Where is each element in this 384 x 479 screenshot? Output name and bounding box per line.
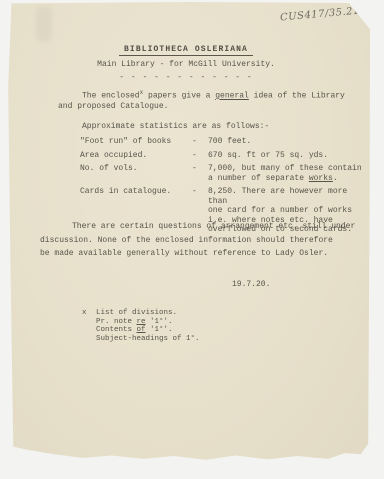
footnote-line-2-underlined: re xyxy=(137,318,146,326)
footnote-line-2-end: '1°'. xyxy=(146,318,173,326)
stat-value: 7,000, but many of these contain a numbe… xyxy=(208,164,366,183)
stat-row-volumes: No. of vols. - 7,000, but many of these … xyxy=(80,164,366,183)
intro-text-2: papers give a xyxy=(143,92,215,101)
footnote-lines: List of divisions. Pr. note re '1°'. Con… xyxy=(96,309,200,343)
footnote-line-3-text: Contents xyxy=(96,326,137,334)
stats-heading: Approximate statistics are as follows:- xyxy=(82,122,269,131)
intro-text-1: The enclosed xyxy=(82,92,140,101)
stat-label: "Foot run" of books xyxy=(80,137,192,147)
footnote-line-2: Pr. note re '1°'. xyxy=(96,318,200,327)
footnote-marker: x xyxy=(82,309,96,343)
stat-label: Area occupied. xyxy=(80,151,192,161)
footnote: x List of divisions. Pr. note re '1°'. C… xyxy=(82,309,200,343)
stat-value: 700 feet. xyxy=(208,137,366,147)
stat-value-period: . xyxy=(333,174,338,183)
stat-label: No. of vols. xyxy=(80,164,192,174)
stat-label: Cards in catalogue. xyxy=(80,187,192,197)
footnote-line-3-underlined: of xyxy=(137,326,146,334)
document-subtitle: Main Library - for McGill University. xyxy=(46,60,326,69)
stat-dash: - xyxy=(192,164,208,174)
footnote-line-1: List of divisions. xyxy=(96,309,200,318)
stat-dash: - xyxy=(192,137,208,147)
intro-underlined-word: general xyxy=(215,92,249,101)
stat-row-area: Area occupied. - 670 sq. ft or 75 sq. yd… xyxy=(80,151,366,161)
footnote-line-3-end: '1°'. xyxy=(146,326,173,334)
confidentiality-note: There are certain questions of arrangeme… xyxy=(40,220,364,261)
stat-row-foot-run: "Foot run" of books - 700 feet. xyxy=(80,137,366,147)
intro-paragraph: The enclosedx papers give a general idea… xyxy=(58,88,360,112)
separator-dashes: - - - - - - - - - - - - xyxy=(46,73,326,82)
footnote-line-2-text: Pr. note xyxy=(96,318,137,326)
footnote-line-4: Subject-headings of 1°. xyxy=(96,335,200,344)
scanned-document-page: CUS417/35.21 BIBLIOTHECA OSLERIANA Main … xyxy=(6,2,370,472)
stat-value: 670 sq. ft or 75 sq. yds. xyxy=(208,151,366,161)
reference-code-annotation: CUS417/35.21 xyxy=(280,6,361,24)
footnote-line-3: Contents of '1°'. xyxy=(96,326,200,335)
date-stamp: 19.7.20. xyxy=(232,280,270,289)
stat-value-underlined-word: works xyxy=(309,174,333,183)
document-title: BIBLIOTHECA OSLERIANA xyxy=(119,45,253,56)
stat-dash: - xyxy=(192,187,208,197)
stat-value-text: 7,000, but many of these contain a numbe… xyxy=(208,164,362,183)
document-header: BIBLIOTHECA OSLERIANA Main Library - for… xyxy=(46,38,326,82)
stat-dash: - xyxy=(192,151,208,161)
paper-smudge xyxy=(36,6,52,42)
